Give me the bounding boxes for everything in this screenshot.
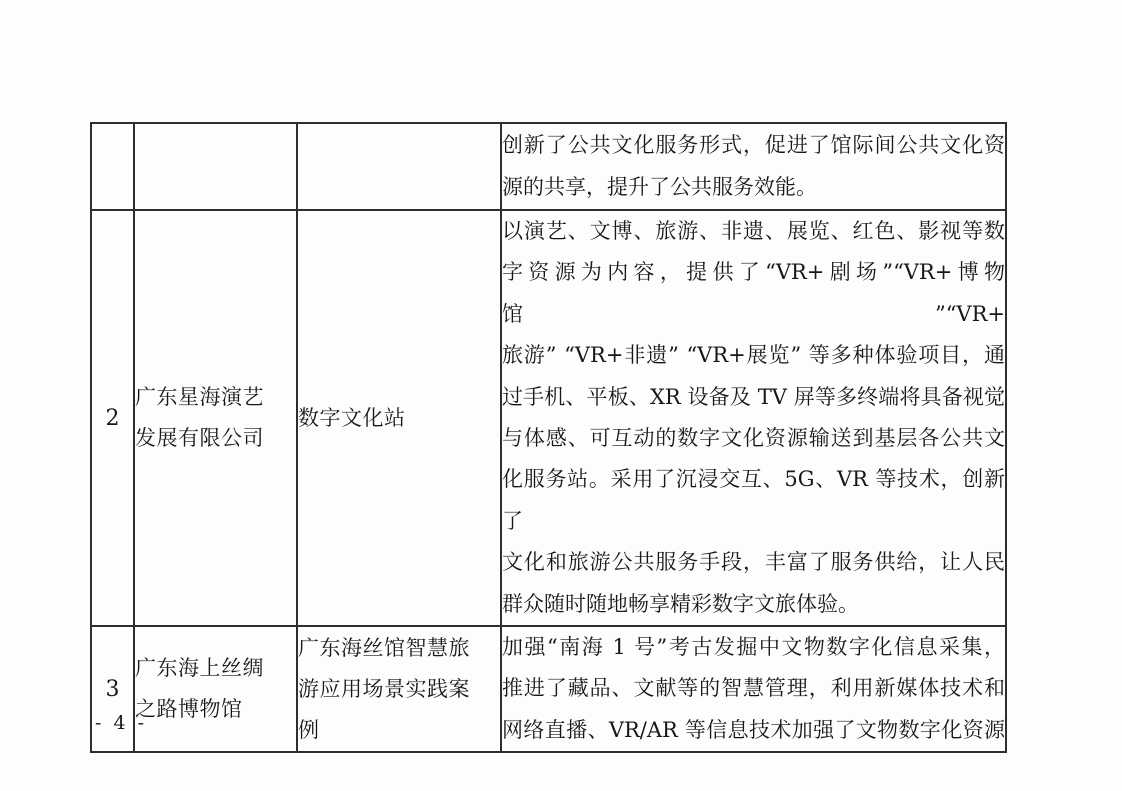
- project-name-cell: [297, 123, 501, 210]
- description-line: 字资源为内容，提供了“VR+剧场”“VR+博物馆”“VR+: [502, 252, 1005, 335]
- table-row: 创新了公共文化服务形式，促进了馆际间公共文化资 源的共享，提升了公共服务效能。: [91, 123, 1006, 210]
- table-row: 2 广东星海演艺 发展有限公司 数字文化站 以演艺、文博、旅游、非遗、展览、红色…: [91, 210, 1006, 626]
- row-number-cell: 2: [91, 210, 134, 626]
- description-line: 过手机、平板、XR 设备及 TV 屏等多终端将具备视觉: [502, 377, 1005, 418]
- organization-cell: [134, 123, 297, 210]
- organization-cell: 广东海上丝绸 之路博物馆: [134, 626, 297, 752]
- description-cell: 以演艺、文博、旅游、非遗、展览、红色、影视等数 字资源为内容，提供了“VR+剧场…: [501, 210, 1006, 626]
- organization-line: 发展有限公司: [135, 418, 296, 459]
- project-name-line: 数字文化站: [298, 398, 500, 439]
- project-name-line: 例: [298, 710, 500, 751]
- row-number-cell: [91, 123, 134, 210]
- organization-line: 广东海上丝绸: [135, 648, 296, 689]
- table-row: 3 广东海上丝绸 之路博物馆 广东海丝馆智慧旅 游应用场景实践案 例 加强“南海…: [91, 626, 1006, 752]
- page-number: - 4 -: [95, 712, 147, 734]
- project-name-line: 广东海丝馆智慧旅: [298, 628, 500, 669]
- document-page: 创新了公共文化服务形式，促进了馆际间公共文化资 源的共享，提升了公共服务效能。 …: [0, 0, 1122, 791]
- description-line: 以演艺、文博、旅游、非遗、展览、红色、影视等数: [502, 211, 1005, 252]
- description-line: 化服务站。采用了沉浸交互、5G、VR 等技术，创新了: [502, 459, 1005, 542]
- description-line: 推进了藏品、文献等的智慧管理，利用新媒体技术和: [502, 668, 1005, 709]
- description-line: 文化和旅游公共服务手段，丰富了服务供给，让人民: [502, 542, 1005, 583]
- description-line: 网络直播、VR/AR 等信息技术加强了文物数字化资源: [502, 710, 1005, 751]
- project-name-cell: 广东海丝馆智慧旅 游应用场景实践案 例: [297, 626, 501, 752]
- organization-line: 之路博物馆: [135, 689, 296, 730]
- organization-cell: 广东星海演艺 发展有限公司: [134, 210, 297, 626]
- description-line: 源的共享，提升了公共服务效能。: [502, 167, 1005, 208]
- description-line: 与体感、可互动的数字文化资源输送到基层各公共文: [502, 418, 1005, 459]
- description-line: 加强“南海 1 号”考古发掘中文物数字化信息采集，: [502, 627, 1005, 668]
- description-line: 群众随时随地畅享精彩数字文旅体验。: [502, 584, 1005, 625]
- organization-line: 广东星海演艺: [135, 377, 296, 418]
- description-line: 创新了公共文化服务形式，促进了馆际间公共文化资: [502, 125, 1005, 166]
- description-cell: 创新了公共文化服务形式，促进了馆际间公共文化资 源的共享，提升了公共服务效能。: [501, 123, 1006, 210]
- case-table: 创新了公共文化服务形式，促进了馆际间公共文化资 源的共享，提升了公共服务效能。 …: [90, 122, 1007, 753]
- project-name-line: 游应用场景实践案: [298, 669, 500, 710]
- project-name-cell: 数字文化站: [297, 210, 501, 626]
- description-cell: 加强“南海 1 号”考古发掘中文物数字化信息采集， 推进了藏品、文献等的智慧管理…: [501, 626, 1006, 752]
- description-line: 旅游” “VR+非遗” “VR+展览” 等多种体验项目，通: [502, 335, 1005, 376]
